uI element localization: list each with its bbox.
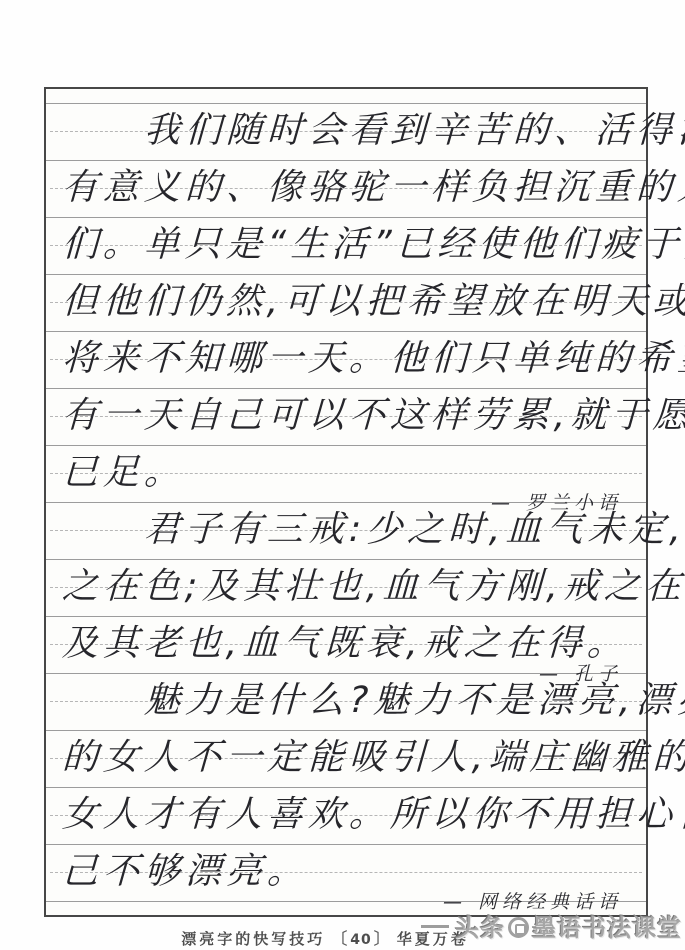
attribution: — 罗兰小语 [491, 488, 622, 515]
handwriting-text: 的女人不一定能吸引人,端庄幽雅的 [45, 731, 647, 787]
handwriting-text: 我们随时会看到辛苦的、活得没 [45, 104, 647, 160]
handwriting-text: 将来不知哪一天。他们只单纯的希望, [45, 332, 647, 388]
handwriting-text: 有意义的、像骆驼一样负担沉重的人 [45, 161, 647, 217]
watermark-dash-icon [421, 925, 449, 928]
handwriting-row: 我们随时会看到辛苦的、活得没 [46, 103, 646, 160]
handwriting-row: 女人才有人喜欢。所以你不用担心自 [46, 787, 646, 844]
handwriting-row: 将来不知哪一天。他们只单纯的希望, [46, 331, 646, 388]
book-title: 漂亮字的快写技巧 [181, 930, 325, 948]
handwriting-row: 之在色;及其壮也,血气方刚,戒之在斗; [46, 559, 646, 616]
handwriting-row: 的女人不一定能吸引人,端庄幽雅的 [46, 730, 646, 787]
attribution: — 孔子 [539, 659, 622, 686]
handwriting-row: 己不够漂亮。— 网络经典话语 [46, 844, 646, 901]
handwriting-row: 但他们仍然,可以把希望放在明天或 [46, 274, 646, 331]
handwriting-text: 女人才有人喜欢。所以你不用担心自 [45, 788, 647, 844]
handwriting-row: 已足。— 罗兰小语 [46, 445, 646, 502]
watermark-platform: 头条 [455, 914, 505, 942]
page-number-badge: 〔40〕 [331, 926, 391, 949]
handwriting-row: 及其老也,血气既衰,戒之在得。— 孔子 [46, 616, 646, 673]
page-number: 40 [348, 932, 373, 948]
bracket-right: 〕 [374, 929, 391, 948]
ruled-writing-area: 我们随时会看到辛苦的、活得没有意义的、像骆驼一样负担沉重的人们。单只是“生活”已… [44, 87, 648, 917]
handwriting-row: 们。单只是“生活”已经使他们疲于奔命。 [46, 217, 646, 274]
photographed-copybook-page: 我们随时会看到辛苦的、活得没有意义的、像骆驼一样负担沉重的人们。单只是“生活”已… [0, 0, 685, 950]
handwriting-text: 但他们仍然,可以把希望放在明天或 [45, 275, 647, 331]
handwriting-row: 有意义的、像骆驼一样负担沉重的人 [46, 160, 646, 217]
handwriting-text: 们。单只是“生活”已经使他们疲于奔命。 [45, 218, 647, 274]
handwriting-row: 有一天自己可以不这样劳累,就于愿 [46, 388, 646, 445]
watermark: 头条墨语书法课堂 [421, 908, 682, 943]
watermark-account: 墨语书法课堂 [532, 914, 682, 942]
toutiao-logo-icon [508, 917, 529, 938]
handwriting-text: 有一天自己可以不这样劳累,就于愿 [45, 389, 647, 445]
handwriting-text: 之在色;及其壮也,血气方刚,戒之在斗; [45, 560, 647, 616]
bracket-left: 〔 [331, 929, 348, 948]
